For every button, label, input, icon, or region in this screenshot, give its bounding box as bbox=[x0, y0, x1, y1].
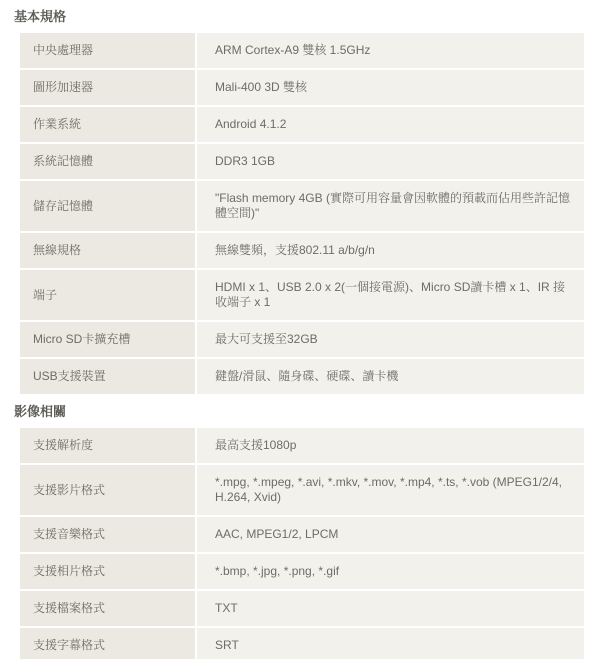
spec-label: 無線規格 bbox=[20, 233, 195, 268]
table-row: 儲存記憶體 "Flash memory 4GB (實際可用容量會因軟體的預載而佔… bbox=[20, 181, 584, 231]
spec-page: 基本規格 中央處理器 ARM Cortex-A9 雙核 1.5GHz 圖形加速器… bbox=[0, 0, 600, 659]
spec-value: Mali-400 3D 雙核 bbox=[197, 70, 584, 105]
spec-label: 儲存記憶體 bbox=[20, 181, 195, 231]
table-row: 端子 HDMI x 1、USB 2.0 x 2(一個接電源)、Micro SD讀… bbox=[20, 270, 584, 320]
spec-value: *.bmp, *.jpg, *.png, *.gif bbox=[197, 554, 584, 589]
spec-label: 支援字幕格式 bbox=[20, 628, 195, 659]
spec-value: HDMI x 1、USB 2.0 x 2(一個接電源)、Micro SD讀卡槽 … bbox=[197, 270, 584, 320]
spec-label: Micro SD卡擴充槽 bbox=[20, 322, 195, 357]
spec-label: 系統記憶體 bbox=[20, 144, 195, 179]
spec-value: DDR3 1GB bbox=[197, 144, 584, 179]
spec-value: 最大可支援至32GB bbox=[197, 322, 584, 357]
table-row: Micro SD卡擴充槽 最大可支援至32GB bbox=[20, 322, 584, 357]
spec-label: 支援影片格式 bbox=[20, 465, 195, 515]
spec-label: 中央處理器 bbox=[20, 33, 195, 68]
spec-value: ARM Cortex-A9 雙核 1.5GHz bbox=[197, 33, 584, 68]
table-row: 無線規格 無線雙頻，支援802.11 a/b/g/n bbox=[20, 233, 584, 268]
spec-value: SRT bbox=[197, 628, 584, 659]
spec-label: 支援音樂格式 bbox=[20, 517, 195, 552]
spec-value: AAC, MPEG1/2, LPCM bbox=[197, 517, 584, 552]
spec-value: "Flash memory 4GB (實際可用容量會因軟體的預載而佔用些許記憶體… bbox=[197, 181, 584, 231]
table-row: USB支援裝置 鍵盤/滑鼠、隨身碟、硬碟、讀卡機 bbox=[20, 359, 584, 394]
spec-label: 支援解析度 bbox=[20, 428, 195, 463]
spec-value: *.mpg, *.mpeg, *.avi, *.mkv, *.mov, *.mp… bbox=[197, 465, 584, 515]
table-row: 支援字幕格式 SRT bbox=[20, 628, 584, 659]
spec-value: TXT bbox=[197, 591, 584, 626]
spec-label: USB支援裝置 bbox=[20, 359, 195, 394]
spec-label: 支援檔案格式 bbox=[20, 591, 195, 626]
spec-table: 支援解析度 最高支援1080p 支援影片格式 *.mpg, *.mpeg, *.… bbox=[20, 428, 584, 659]
spec-section: 基本規格 中央處理器 ARM Cortex-A9 雙核 1.5GHz 圖形加速器… bbox=[0, 8, 600, 394]
spec-value: 無線雙頻，支援802.11 a/b/g/n bbox=[197, 233, 584, 268]
table-row: 支援檔案格式 TXT bbox=[20, 591, 584, 626]
table-row: 支援影片格式 *.mpg, *.mpeg, *.avi, *.mkv, *.mo… bbox=[20, 465, 584, 515]
spec-label: 圖形加速器 bbox=[20, 70, 195, 105]
table-row: 系統記憶體 DDR3 1GB bbox=[20, 144, 584, 179]
spec-section: 影像相關 支援解析度 最高支援1080p 支援影片格式 *.mpg, *.mpe… bbox=[0, 403, 600, 659]
section-title: 基本規格 bbox=[14, 8, 600, 26]
spec-label: 作業系統 bbox=[20, 107, 195, 142]
spec-value: Android 4.1.2 bbox=[197, 107, 584, 142]
section-title: 影像相關 bbox=[14, 403, 600, 421]
spec-table: 中央處理器 ARM Cortex-A9 雙核 1.5GHz 圖形加速器 Mali… bbox=[20, 33, 584, 394]
table-row: 中央處理器 ARM Cortex-A9 雙核 1.5GHz bbox=[20, 33, 584, 68]
spec-value: 鍵盤/滑鼠、隨身碟、硬碟、讀卡機 bbox=[197, 359, 584, 394]
table-row: 支援解析度 最高支援1080p bbox=[20, 428, 584, 463]
table-row: 圖形加速器 Mali-400 3D 雙核 bbox=[20, 70, 584, 105]
table-row: 支援音樂格式 AAC, MPEG1/2, LPCM bbox=[20, 517, 584, 552]
spec-value: 最高支援1080p bbox=[197, 428, 584, 463]
spec-label: 支援相片格式 bbox=[20, 554, 195, 589]
table-row: 支援相片格式 *.bmp, *.jpg, *.png, *.gif bbox=[20, 554, 584, 589]
table-row: 作業系統 Android 4.1.2 bbox=[20, 107, 584, 142]
spec-label: 端子 bbox=[20, 270, 195, 320]
